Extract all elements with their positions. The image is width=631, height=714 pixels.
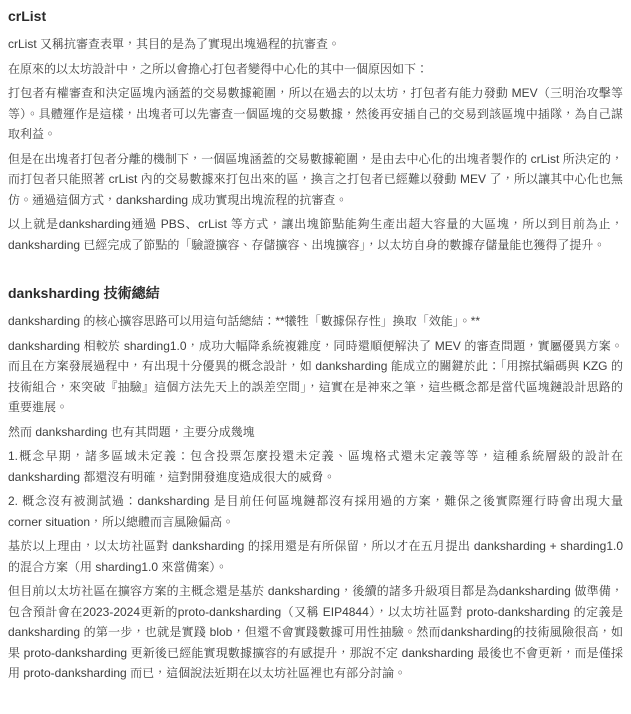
article: crList crList 又稱抗審查表單，其目的是為了實現出塊過程的抗審查。 … — [0, 0, 631, 684]
paragraph-problems-intro: 然而 danksharding 也有其問題，主要分成幾塊 — [8, 422, 623, 443]
paragraph-crlist-conclusion: 以上就是danksharding通過 PBS、crList 等方式，讓出塊節點能… — [8, 214, 623, 255]
paragraph-comparison-sharding10: danksharding 相較於 sharding1.0，成功大幅降系統複雜度，… — [8, 336, 623, 418]
paragraph-problem-2-untested: 2. 概念沒有被測試過：danksharding 是目前任何區塊鏈都沒有採用過的… — [8, 491, 623, 532]
section-heading-crlist: crList — [8, 8, 623, 24]
paragraph-problem-1-undefined: 1.概念早期，諸多區域未定義：包含投票怎麼投還未定義、區塊格式還未定義等等，這種… — [8, 446, 623, 487]
paragraph-mev-explanation: 打包者有權審查和決定區塊內涵蓋的交易數據範圍，所以在過去的以太坊，打包者有能力發… — [8, 83, 623, 145]
paragraph-hybrid-plan: 基於以上理由，以太坊社區對 danksharding 的採用還是有所保留，所以才… — [8, 536, 623, 577]
paragraph-proto-danksharding-outlook: 但目前以太坊社區在擴容方案的主概念還是基於 danksharding，後續的諸多… — [8, 581, 623, 684]
paragraph-pbs-crlist-mechanism: 但是在出塊者打包者分離的機制下，一個區塊涵蓋的交易數據範圍，是由去中心化的出塊者… — [8, 149, 623, 211]
section-danksharding-summary: danksharding 技術總結 danksharding 的核心擴容思路可以… — [8, 285, 623, 684]
section-crlist: crList crList 又稱抗審查表單，其目的是為了實現出塊過程的抗審查。 … — [8, 8, 623, 255]
paragraph-core-idea: danksharding 的核心擴容思路可以用這句話總結：**犧牲「數據保存性」… — [8, 311, 623, 332]
section-heading-danksharding-summary: danksharding 技術總結 — [8, 285, 623, 301]
paragraph-centralization-reason: 在原來的以太坊設計中，之所以會擔心打包者變得中心化的其中一個原因如下： — [8, 59, 623, 80]
paragraph-crlist-intro: crList 又稱抗審查表單，其目的是為了實現出塊過程的抗審查。 — [8, 34, 623, 55]
